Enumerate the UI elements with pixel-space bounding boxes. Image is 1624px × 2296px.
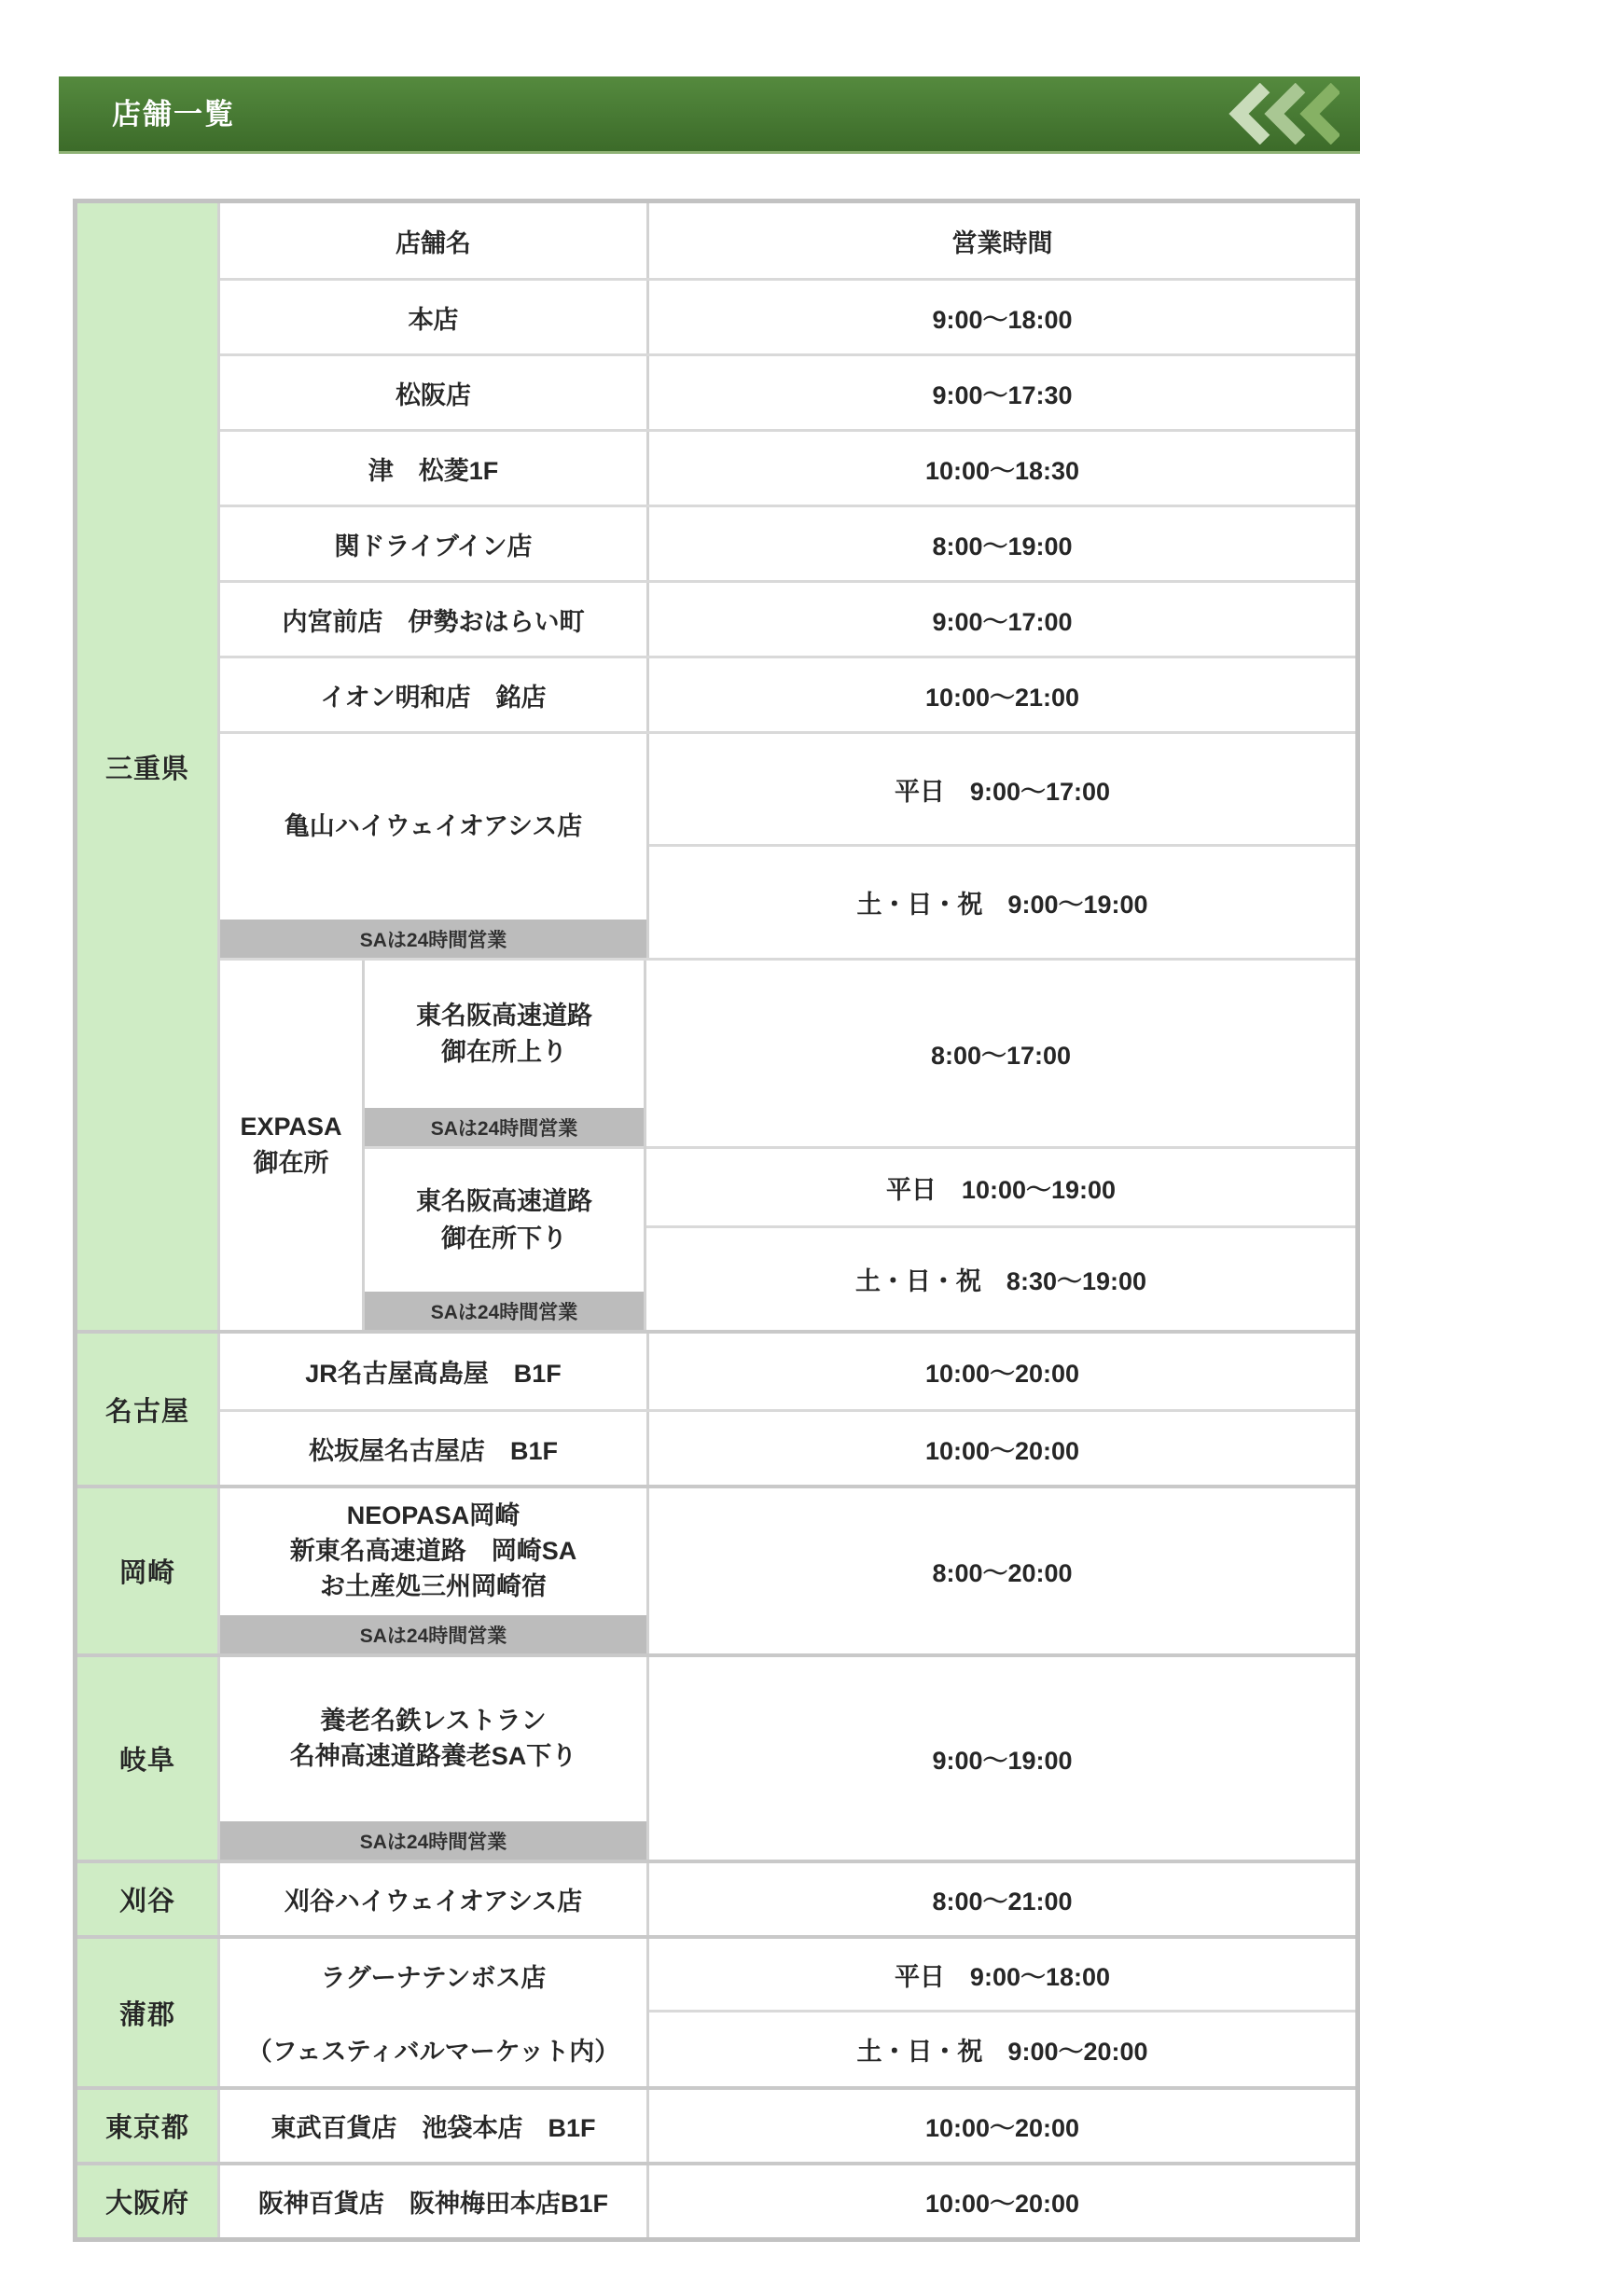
store-hours: 9:00〜18:00 <box>649 281 1355 353</box>
store-row-matsusaka: 松阪店 9:00〜17:30 <box>220 353 1355 429</box>
sa-24h-note: SAは24時間営業 <box>220 1615 646 1653</box>
store-name-line: EXPASA <box>240 1109 341 1145</box>
region-label-osaka: 大阪府 <box>105 2182 189 2220</box>
region-cell-tokyo: 東京都 <box>77 2090 220 2162</box>
store-row-kameyama: 亀山ハイウェイオアシス店 SAは24時間営業 平日 9:00〜17:00 土・日… <box>220 731 1355 958</box>
store-name: JR名古屋高島屋 B1F <box>220 1334 649 1409</box>
region-label-kariya: 刈谷 <box>119 1880 175 1918</box>
region-content-kariya: 刈谷ハイウェイオアシス店 8:00〜21:00 <box>220 1863 1355 1935</box>
region-content-tokyo: 東武百貨店 池袋本店 B1F 10:00〜20:00 <box>220 2090 1355 2162</box>
column-header-store: 店舗名 <box>220 203 649 278</box>
column-header-hours: 営業時間 <box>649 203 1355 278</box>
store-name-line: 名神高速道路養老SA下り <box>290 1739 577 1775</box>
store-name: イオン明和店 銘店 <box>220 658 649 731</box>
region-content-mie: 店舗名 営業時間 本店 9:00〜18:00 松阪店 9:00〜17:30 津 … <box>220 203 1355 1330</box>
store-hours: 8:00〜21:00 <box>649 1863 1355 1935</box>
region-label-okazaki: 岡崎 <box>119 1552 175 1590</box>
region-label-nagoya: 名古屋 <box>105 1390 189 1429</box>
triple-left-chevron-icon <box>1203 83 1339 145</box>
store-hours: 9:00〜17:30 <box>649 356 1355 429</box>
store-hours-weekend: 土・日・祝 8:30〜19:00 <box>646 1228 1355 1330</box>
region-cell-mie: 三重県 <box>77 203 220 1330</box>
region-block-mie: 三重県 店舗名 営業時間 本店 9:00〜18:00 松阪店 9:00〜17:3… <box>77 203 1355 1330</box>
store-name: 養老名鉄レストラン 名神高速道路養老SA下り <box>220 1657 646 1821</box>
store-row-tsu: 津 松菱1F 10:00〜18:30 <box>220 429 1355 505</box>
store-name: NEOPASA岡崎 新東名高速道路 岡崎SA お土産処三州岡崎宿 <box>220 1488 646 1615</box>
sa-24h-note: SAは24時間営業 <box>220 1821 646 1860</box>
store-name: 刈谷ハイウェイオアシス店 <box>220 1863 649 1935</box>
branch-name: 東名阪高速道路 御在所上り <box>365 961 644 1108</box>
region-cell-okazaki: 岡崎 <box>77 1488 220 1653</box>
branch-name-line: 東名阪高速道路 <box>416 1183 592 1220</box>
store-name: 本店 <box>220 281 649 353</box>
page-title: 店舗一覧 <box>59 100 235 129</box>
region-content-osaka: 阪神百貨店 阪神梅田本店B1F 10:00〜20:00 <box>220 2165 1355 2237</box>
store-name-cell: 亀山ハイウェイオアシス店 SAは24時間営業 <box>220 734 649 958</box>
store-row-jr-takashimaya: JR名古屋高島屋 B1F 10:00〜20:00 <box>220 1334 1355 1409</box>
store-name: 内宮前店 伊勢おはらい町 <box>220 583 649 656</box>
store-name: 亀山ハイウェイオアシス店 <box>220 734 646 920</box>
region-block-okazaki: 岡崎 NEOPASA岡崎 新東名高速道路 岡崎SA お土産処三州岡崎宿 SAは2… <box>77 1485 1355 1653</box>
region-block-gifu: 岐阜 養老名鉄レストラン 名神高速道路養老SA下り SAは24時間営業 9:00… <box>77 1653 1355 1860</box>
region-block-kariya: 刈谷 刈谷ハイウェイオアシス店 8:00〜21:00 <box>77 1860 1355 1935</box>
store-hours: 9:00〜17:00 <box>649 583 1355 656</box>
store-hours: 10:00〜20:00 <box>649 1412 1355 1485</box>
store-hours-weekend: 土・日・祝 9:00〜19:00 <box>649 847 1355 958</box>
store-hours-weekday: 平日 9:00〜17:00 <box>649 734 1355 847</box>
store-name: 関ドライブイン店 <box>220 507 649 580</box>
region-block-osaka: 大阪府 阪神百貨店 阪神梅田本店B1F 10:00〜20:00 <box>77 2162 1355 2237</box>
region-label-mie: 三重県 <box>105 748 189 786</box>
region-cell-gifu: 岐阜 <box>77 1657 220 1860</box>
region-label-gamagori: 蒲郡 <box>119 1994 175 2032</box>
store-hours: 10:00〜20:00 <box>649 1334 1355 1409</box>
store-name-expasa: EXPASA 御在所 <box>220 961 365 1330</box>
store-hours: 8:00〜17:00 <box>646 961 1355 1149</box>
region-content-okazaki: NEOPASA岡崎 新東名高速道路 岡崎SA お土産処三州岡崎宿 SAは24時間… <box>220 1488 1355 1653</box>
store-name-cell: 養老名鉄レストラン 名神高速道路養老SA下り SAは24時間営業 <box>220 1657 649 1860</box>
store-hours: 10:00〜20:00 <box>649 2165 1355 2237</box>
region-block-nagoya: 名古屋 JR名古屋高島屋 B1F 10:00〜20:00 松坂屋名古屋店 B1F… <box>77 1330 1355 1485</box>
region-label-tokyo: 東京都 <box>105 2107 189 2145</box>
store-row-matsuzakaya: 松坂屋名古屋店 B1F 10:00〜20:00 <box>220 1409 1355 1485</box>
region-block-gamagori: 蒲郡 ラグーナテンボス店 （フェスティバルマーケット内） 平日 9:00〜18:… <box>77 1935 1355 2086</box>
store-name: 松坂屋名古屋店 B1F <box>220 1412 649 1485</box>
store-name-line: ラグーナテンボス店 <box>220 1939 646 2012</box>
region-label-gifu: 岐阜 <box>119 1739 175 1777</box>
store-name-cell: NEOPASA岡崎 新東名高速道路 岡崎SA お土産処三州岡崎宿 SAは24時間… <box>220 1488 649 1653</box>
store-row-hanshin: 阪神百貨店 阪神梅田本店B1F 10:00〜20:00 <box>220 2165 1355 2237</box>
store-hours-weekend: 土・日・祝 9:00〜20:00 <box>649 2012 1355 2086</box>
store-hours: 9:00〜19:00 <box>649 1657 1355 1860</box>
sa-24h-note: SAは24時間営業 <box>365 1108 644 1146</box>
store-name-line: 新東名高速道路 岡崎SA <box>290 1534 577 1570</box>
store-row-neopasa-okazaki: NEOPASA岡崎 新東名高速道路 岡崎SA お土産処三州岡崎宿 SAは24時間… <box>220 1488 1355 1653</box>
sa-24h-note: SAは24時間営業 <box>220 920 646 958</box>
branch-name-line: 御在所上り <box>441 1034 567 1071</box>
branch-name: 東名阪高速道路 御在所下り <box>365 1149 644 1292</box>
store-name-line: 養老名鉄レストラン <box>320 1704 546 1739</box>
sa-24h-note: SAは24時間営業 <box>365 1292 644 1330</box>
store-hours: 8:00〜19:00 <box>649 507 1355 580</box>
store-name: 津 松菱1F <box>220 432 649 505</box>
store-row-tobu: 東武百貨店 池袋本店 B1F 10:00〜20:00 <box>220 2090 1355 2162</box>
store-row-yoro: 養老名鉄レストラン 名神高速道路養老SA下り SAは24時間営業 9:00〜19… <box>220 1657 1355 1860</box>
store-name-line: （フェスティバルマーケット内） <box>220 2012 646 2086</box>
store-row-seki: 関ドライブイン店 8:00〜19:00 <box>220 505 1355 580</box>
region-cell-kariya: 刈谷 <box>77 1863 220 1935</box>
store-row-expasa-gozaisho: EXPASA 御在所 東名阪高速道路 御在所上り SAは24時間営業 <box>220 958 1355 1330</box>
store-hours: 10:00〜20:00 <box>649 2090 1355 2162</box>
store-name: 阪神百貨店 阪神梅田本店B1F <box>220 2165 649 2237</box>
store-row-kariya-oasis: 刈谷ハイウェイオアシス店 8:00〜21:00 <box>220 1863 1355 1935</box>
branch-cell-kudari: 東名阪高速道路 御在所下り SAは24時間営業 <box>365 1149 644 1330</box>
store-name-line: NEOPASA岡崎 <box>347 1499 521 1534</box>
store-hours-weekday: 平日 9:00〜18:00 <box>649 1939 1355 2012</box>
store-hours: 10:00〜21:00 <box>649 658 1355 731</box>
table-header-row: 店舗名 営業時間 <box>220 203 1355 278</box>
store-hours-weekday: 平日 10:00〜19:00 <box>646 1149 1355 1228</box>
region-content-nagoya: JR名古屋高島屋 B1F 10:00〜20:00 松坂屋名古屋店 B1F 10:… <box>220 1334 1355 1485</box>
region-cell-nagoya: 名古屋 <box>77 1334 220 1485</box>
store-name-line: 御在所 <box>254 1145 329 1182</box>
store-name: 東武百貨店 池袋本店 B1F <box>220 2090 649 2162</box>
region-content-gifu: 養老名鉄レストラン 名神高速道路養老SA下り SAは24時間営業 9:00〜19… <box>220 1657 1355 1860</box>
branch-cell-nobori: 東名阪高速道路 御在所上り SAは24時間営業 <box>365 961 644 1149</box>
store-row-laguna: ラグーナテンボス店 （フェスティバルマーケット内） 平日 9:00〜18:00 … <box>220 1939 1355 2086</box>
title-bar: 店舗一覧 <box>59 76 1360 154</box>
store-hours: 10:00〜18:30 <box>649 432 1355 505</box>
region-block-tokyo: 東京都 東武百貨店 池袋本店 B1F 10:00〜20:00 <box>77 2086 1355 2162</box>
store-name: 松阪店 <box>220 356 649 429</box>
store-table: 三重県 店舗名 営業時間 本店 9:00〜18:00 松阪店 9:00〜17:3… <box>73 199 1360 2242</box>
store-row-honten: 本店 9:00〜18:00 <box>220 278 1355 353</box>
region-cell-osaka: 大阪府 <box>77 2165 220 2237</box>
expasa-branch-column: 東名阪高速道路 御在所上り SAは24時間営業 東名阪高速道路 御在所下り SA… <box>365 961 646 1330</box>
region-content-gamagori: ラグーナテンボス店 （フェスティバルマーケット内） 平日 9:00〜18:00 … <box>220 1939 1355 2086</box>
store-row-aeon-meiwa: イオン明和店 銘店 10:00〜21:00 <box>220 656 1355 731</box>
store-name-line: お土産処三州岡崎宿 <box>320 1570 547 1605</box>
store-hours-cell: 平日 9:00〜18:00 土・日・祝 9:00〜20:00 <box>649 1939 1355 2086</box>
branch-name-line: 御在所下り <box>441 1221 567 1257</box>
page: 店舗一覧 三重県 店舗名 営業時間 本店 9:00〜18:00 <box>0 0 1624 2296</box>
store-hours-cell: 平日 9:00〜17:00 土・日・祝 9:00〜19:00 <box>649 734 1355 958</box>
store-hours: 8:00〜20:00 <box>649 1488 1355 1653</box>
store-row-naiku: 内宮前店 伊勢おはらい町 9:00〜17:00 <box>220 580 1355 656</box>
expasa-hours-column: 8:00〜17:00 平日 10:00〜19:00 土・日・祝 8:30〜19:… <box>646 961 1355 1330</box>
store-name-cell: ラグーナテンボス店 （フェスティバルマーケット内） <box>220 1939 649 2086</box>
region-cell-gamagori: 蒲郡 <box>77 1939 220 2086</box>
branch-name-line: 東名阪高速道路 <box>416 998 592 1034</box>
